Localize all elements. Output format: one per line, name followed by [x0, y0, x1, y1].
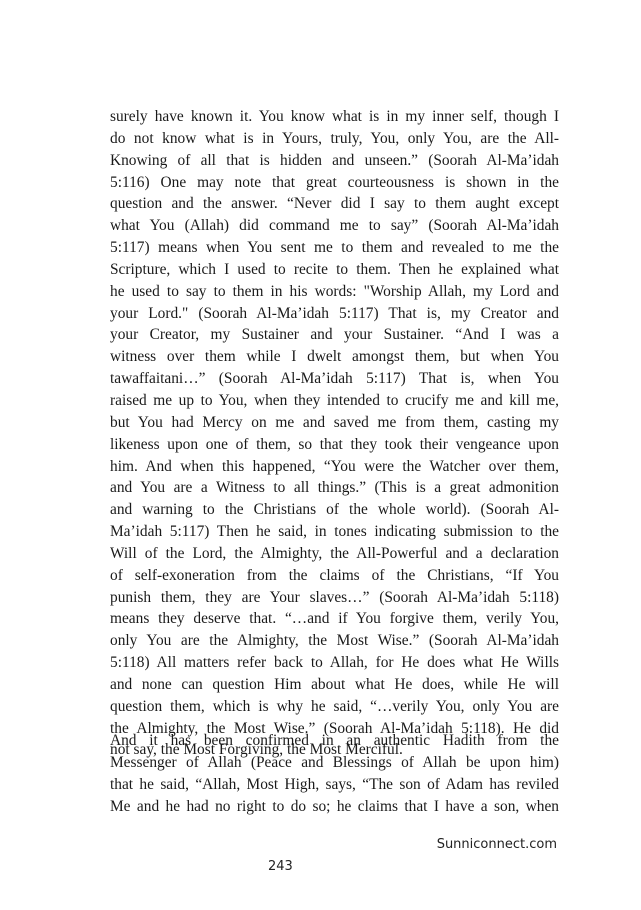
paragraph-2: And it has been confirmed in an authenti…	[110, 730, 559, 817]
text-line: question them, which is why he said, “…v…	[110, 696, 559, 718]
paragraph-text: surely have known it. You know what is i…	[110, 106, 559, 761]
text-line: do not know what is in Yours, truly, You…	[110, 128, 559, 150]
paragraph-1: surely have known it. You know what is i…	[110, 106, 559, 761]
text-line: Messenger of Allah (Peace and Blessings …	[110, 752, 559, 774]
text-line: of self-exoneration from the claims of t…	[110, 565, 559, 587]
text-line: 5:116) One may note that great courteous…	[110, 172, 559, 194]
text-line: your Lord." (Soorah Al-Ma’idah 5:117) Th…	[110, 303, 559, 325]
text-line: surely have known it. You know what is i…	[110, 106, 559, 128]
text-line: And it has been confirmed in an authenti…	[110, 730, 559, 752]
text-line: what You (Allah) did command me to say” …	[110, 215, 559, 237]
text-line: only You are the Almighty, the Most Wise…	[110, 630, 559, 652]
text-line: witness over them while I dwelt amongst …	[110, 346, 559, 368]
text-line: your Creator, my Sustainer and your Sust…	[110, 324, 559, 346]
document-page: surely have known it. You know what is i…	[0, 0, 641, 910]
text-line: that he said, “Allah, Most High, says, “…	[110, 774, 559, 796]
text-line: he used to say to them in his words: "Wo…	[110, 281, 559, 303]
text-line: punish them, they are Your slaves…” (Soo…	[110, 587, 559, 609]
text-line: but You had Mercy on me and saved me fro…	[110, 412, 559, 434]
text-line: and You are a Witness to all things.” (T…	[110, 477, 559, 499]
text-line: Will of the Lord, the Almighty, the All-…	[110, 543, 559, 565]
text-line: Me and he had no right to do so; he clai…	[110, 796, 559, 818]
text-line: Ma’idah 5:117) Then he said, in tones in…	[110, 521, 559, 543]
text-line: and warning to the Christians of the who…	[110, 499, 559, 521]
paragraph-text: And it has been confirmed in an authenti…	[110, 730, 559, 817]
text-line: means they deserve that. “…and if You fo…	[110, 608, 559, 630]
text-line: 5:117) means when You sent me to them an…	[110, 237, 559, 259]
text-line: him. And when this happened, “You were t…	[110, 456, 559, 478]
watermark: Sunniconnect.com	[437, 837, 557, 852]
text-line: Scripture, which I used to recite to the…	[110, 259, 559, 281]
text-line: question and the answer. “Never did I sa…	[110, 193, 559, 215]
text-line: tawaffaitani…” (Soorah Al-Ma’idah 5:117)…	[110, 368, 559, 390]
text-line: raised me up to You, when they intended …	[110, 390, 559, 412]
page-number: 243	[268, 859, 293, 874]
text-line: likeness upon one of them, so that they …	[110, 434, 559, 456]
text-line: and none can question Him about what He …	[110, 674, 559, 696]
text-line: Knowing of all that is hidden and unseen…	[110, 150, 559, 172]
text-line: 5:118) All matters refer back to Allah, …	[110, 652, 559, 674]
